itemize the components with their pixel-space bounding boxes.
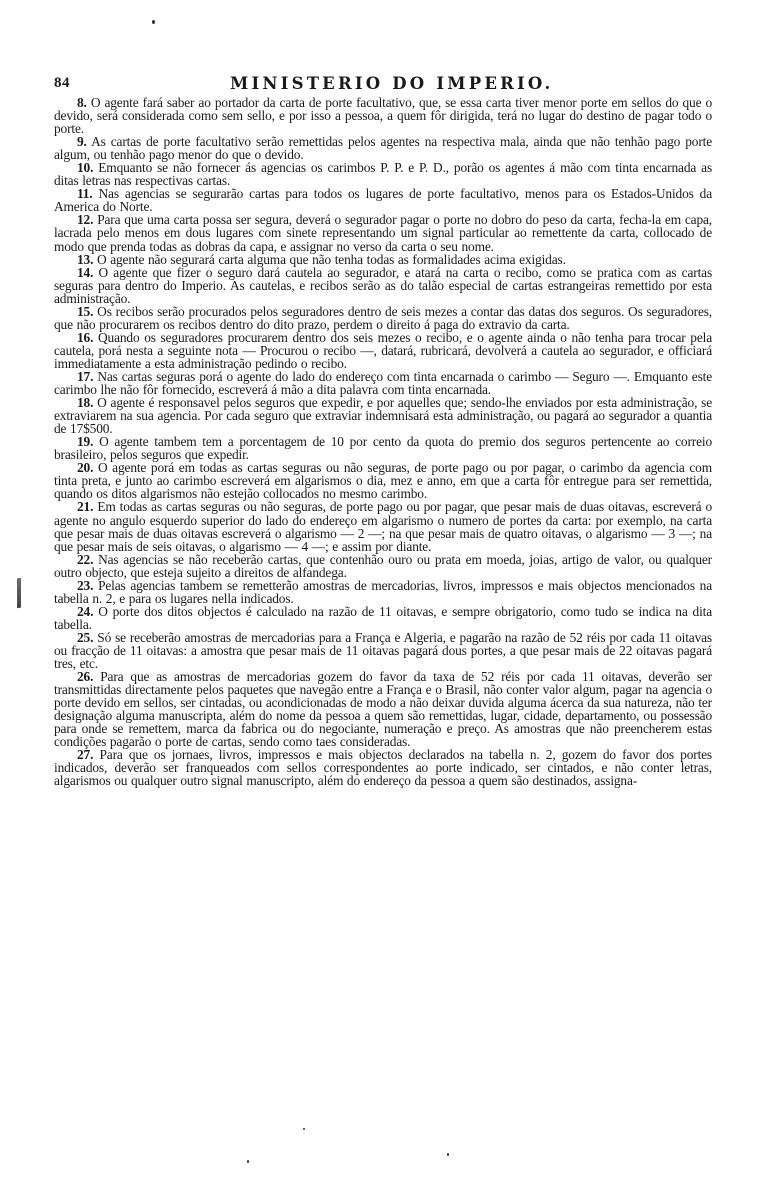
paragraph-text: As cartas de porte facultativo serão rem…: [54, 134, 712, 162]
scan-speck: [303, 1128, 305, 1130]
paragraph-18: 18. O agente é responsavel pelos seguros…: [54, 396, 712, 435]
paragraph-9: 9. As cartas de porte facultativo serão …: [54, 135, 712, 161]
paragraph-text: Para que as amostras de mercadorias goze…: [54, 669, 712, 749]
paragraph-text: Nas agencias se não receberão cartas, qu…: [54, 552, 712, 580]
paragraph-24: 24. O porte dos ditos objectos é calcula…: [54, 605, 712, 631]
paragraph-text: Para que os jornaes, livros, impressos e…: [54, 747, 712, 788]
paragraph-19: 19. O agente tambem tem a porcentagem de…: [54, 435, 712, 461]
scan-speck: [447, 1153, 449, 1156]
paragraph-text: O agente tambem tem a porcentagem de 10 …: [54, 434, 712, 462]
paragraph-11: 11. Nas agencias se segurarão cartas par…: [54, 187, 712, 213]
paragraph-text: Quando os seguradores procurarem dentro …: [54, 330, 712, 371]
paragraph-text: Nas cartas seguras porá o agente do lado…: [54, 369, 712, 397]
paragraph-text: Os recibos serão procurados pelos segura…: [54, 304, 712, 332]
paragraph-14: 14. O agente que fizer o seguro dará cau…: [54, 266, 712, 305]
paragraph-12: 12. Para que uma carta possa ser segura,…: [54, 213, 712, 252]
paragraph-text: O agente porá em todas as cartas seguras…: [54, 460, 712, 501]
page-number: 84: [54, 75, 70, 92]
paragraph-10: 10. Emquanto se não fornecer ás agencias…: [54, 161, 712, 187]
running-header: 84 MINISTERIO DO IMPERIO.: [54, 72, 712, 94]
paragraph-15: 15. Os recibos serão procurados pelos se…: [54, 305, 712, 331]
document-page: 84 MINISTERIO DO IMPERIO. 8. O agente fa…: [54, 72, 712, 787]
paragraph-text: Só se receberão amostras de mercadorias …: [54, 630, 712, 671]
paragraph-text: O porte dos ditos objectos é calculado n…: [54, 604, 712, 632]
margin-ink-mark: [17, 578, 21, 609]
paragraph-8: 8. O agente fará saber ao portador da ca…: [54, 96, 712, 135]
paragraph-text: Emquanto se não fornecer ás agencias os …: [54, 160, 712, 188]
paragraph-text: Pelas agencias tambem se remetterão amos…: [54, 578, 712, 606]
paragraph-26: 26. Para que as amostras de mercadorias …: [54, 670, 712, 748]
paragraph-20: 20. O agente porá em todas as cartas seg…: [54, 461, 712, 500]
article-body: 8. O agente fará saber ao portador da ca…: [54, 96, 712, 787]
paragraph-22: 22. Nas agencias se não receberão cartas…: [54, 553, 712, 579]
paragraph-text: O agente fará saber ao portador da carta…: [54, 95, 712, 136]
paragraph-21: 21. Em todas as cartas seguras ou não se…: [54, 500, 712, 552]
paragraph-text: Nas agencias se segurarão cartas para to…: [54, 186, 712, 214]
paragraph-text: O agente que fizer o seguro dará cautela…: [54, 265, 712, 306]
paragraph-17: 17. Nas cartas seguras porá o agente do …: [54, 370, 712, 396]
paragraph-text: Para que uma carta possa ser segura, dev…: [54, 212, 712, 253]
paragraph-23: 23. Pelas agencias tambem se remetterão …: [54, 579, 712, 605]
scan-speck: [247, 1160, 249, 1163]
paragraph-16: 16. Quando os seguradores procurarem den…: [54, 331, 712, 370]
paragraph-27: 27. Para que os jornaes, livros, impress…: [54, 748, 712, 787]
paragraph-25: 25. Só se receberão amostras de mercador…: [54, 631, 712, 670]
paragraph-text: O agente é responsavel pelos seguros que…: [54, 395, 712, 436]
paragraph-text: Em todas as cartas seguras ou não segura…: [54, 499, 712, 553]
scan-speck: [152, 20, 155, 24]
running-title: MINISTERIO DO IMPERIO.: [230, 74, 553, 93]
